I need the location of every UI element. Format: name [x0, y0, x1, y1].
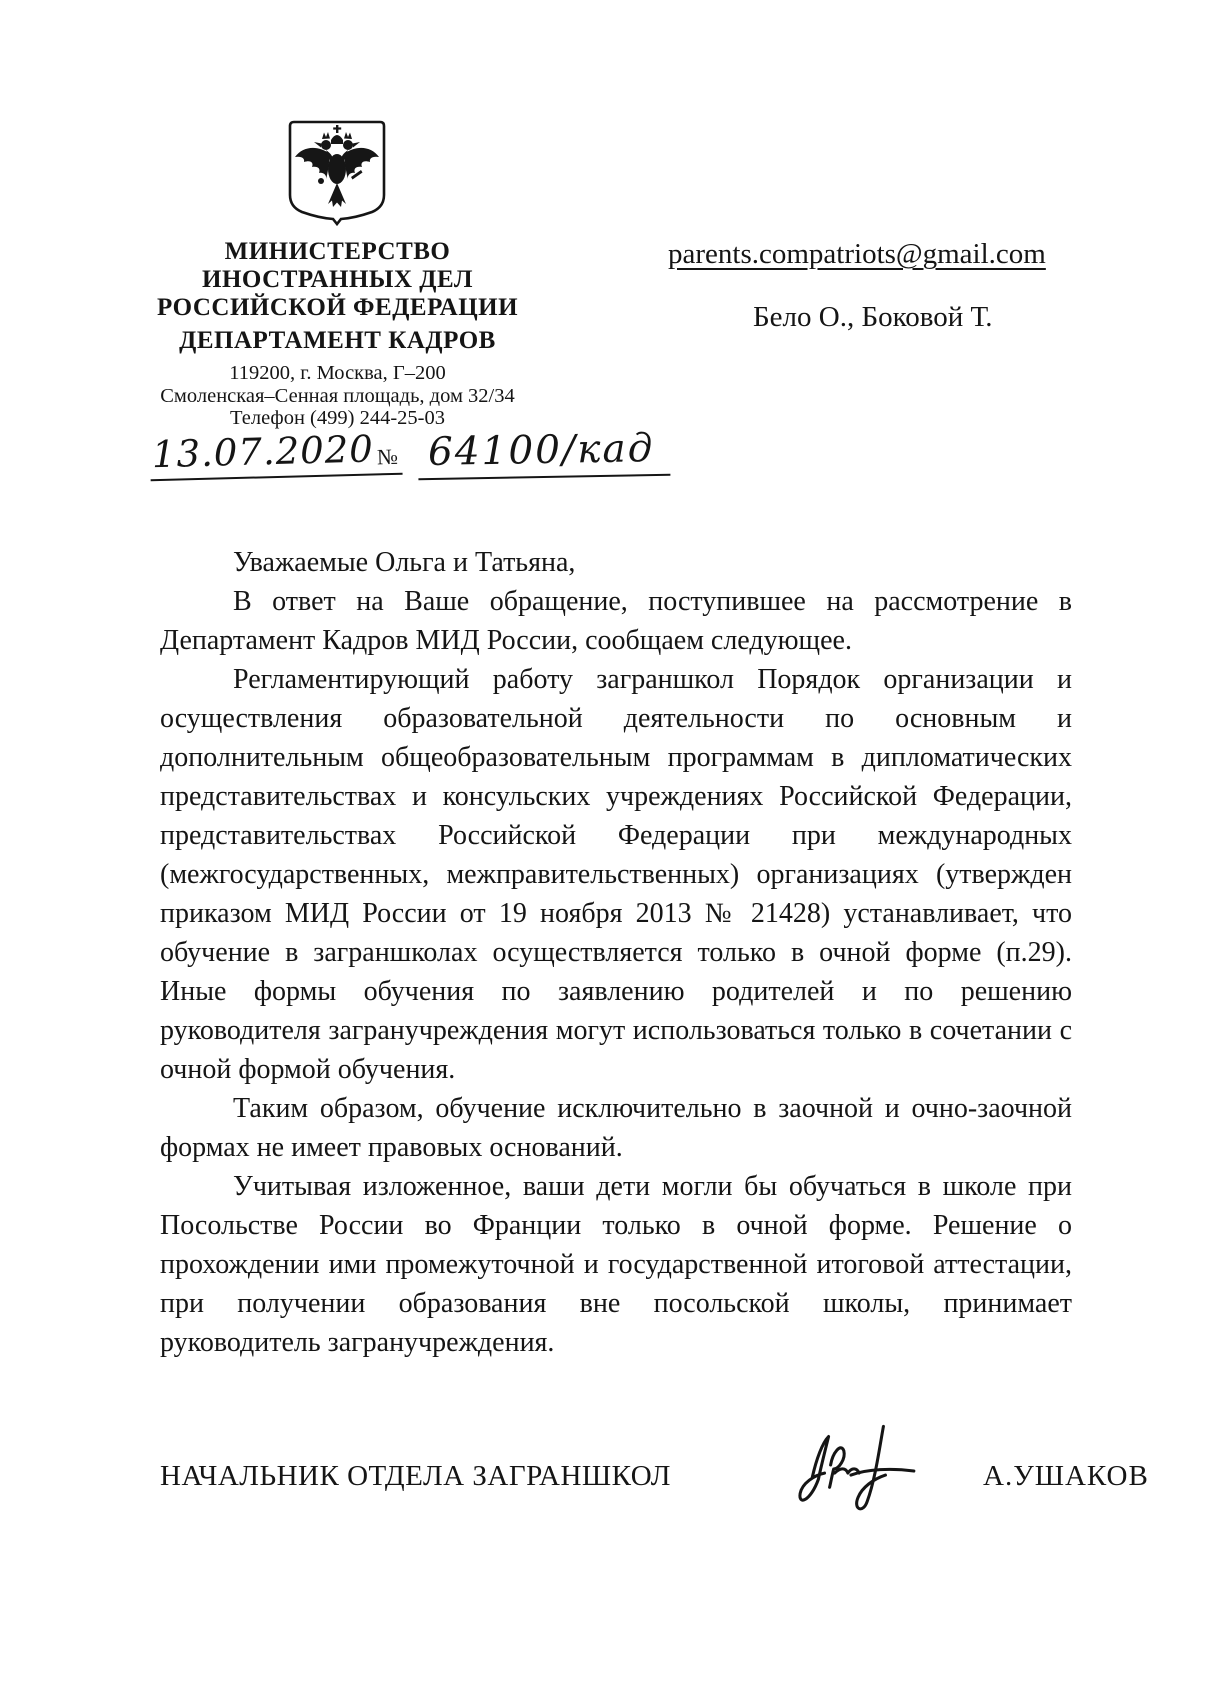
body-paragraph: Таким образом, обучение исключительно в …	[160, 1089, 1072, 1167]
scanned-letter-page: МИНИСТЕРСТВО ИНОСТРАННЫХ ДЕЛ РОССИЙСКОЙ …	[0, 0, 1232, 1700]
letter-body: Уважаемые Ольга и Татьяна, В ответ на Ва…	[160, 543, 1072, 1362]
reference-date-group: 13.07.2020 №	[149, 427, 402, 482]
letterhead-address-block: 119200, г. Москва, Г–200 Смоленская–Сенн…	[140, 362, 535, 430]
ministry-name-line: РОССИЙСКОЙ ФЕДЕРАЦИИ	[140, 294, 535, 322]
ministry-name-line: МИНИСТЕРСТВО	[140, 238, 535, 266]
body-paragraph: Регламентирующий работу заграншкол Поряд…	[160, 660, 1072, 1089]
handwritten-date: 13.07.2020	[151, 427, 374, 476]
body-paragraph: Учитывая изложенное, ваши дети могли бы …	[160, 1167, 1072, 1362]
russia-coat-of-arms-icon	[285, 118, 389, 228]
addressee-email-link[interactable]: parents.compatriots@gmail.com	[668, 238, 1046, 271]
signer-title: НАЧАЛЬНИК ОТДЕЛА ЗАГРАНШКОЛ	[160, 1460, 671, 1493]
reference-number-group: 64100/кад	[417, 426, 670, 480]
ministry-name-line: ИНОСТРАННЫХ ДЕЛ	[140, 266, 535, 294]
letterhead-org-block: МИНИСТЕРСТВО ИНОСТРАННЫХ ДЕЛ РОССИЙСКОЙ …	[140, 238, 535, 355]
salutation: Уважаемые Ольга и Татьяна,	[160, 543, 1072, 582]
address-phone: Телефон (499) 244-25-03	[140, 407, 535, 430]
addressee-names: Бело О., Боковой Т.	[753, 301, 993, 334]
signer-name: А.УШАКОВ	[983, 1460, 1149, 1493]
handwritten-number: 64100/кад	[427, 426, 654, 475]
address-street: Смоленская–Сенная площадь, дом 32/34	[140, 385, 535, 408]
reference-line: 13.07.2020 № 64100/кад	[150, 428, 670, 478]
numero-sign: №	[374, 444, 399, 471]
department-name: ДЕПАРТАМЕНТ КАДРОВ	[140, 327, 535, 355]
address-postal: 119200, г. Москва, Г–200	[140, 362, 535, 385]
body-paragraph: В ответ на Ваше обращение, поступившее н…	[160, 582, 1072, 660]
handwritten-signature-icon	[790, 1412, 922, 1524]
